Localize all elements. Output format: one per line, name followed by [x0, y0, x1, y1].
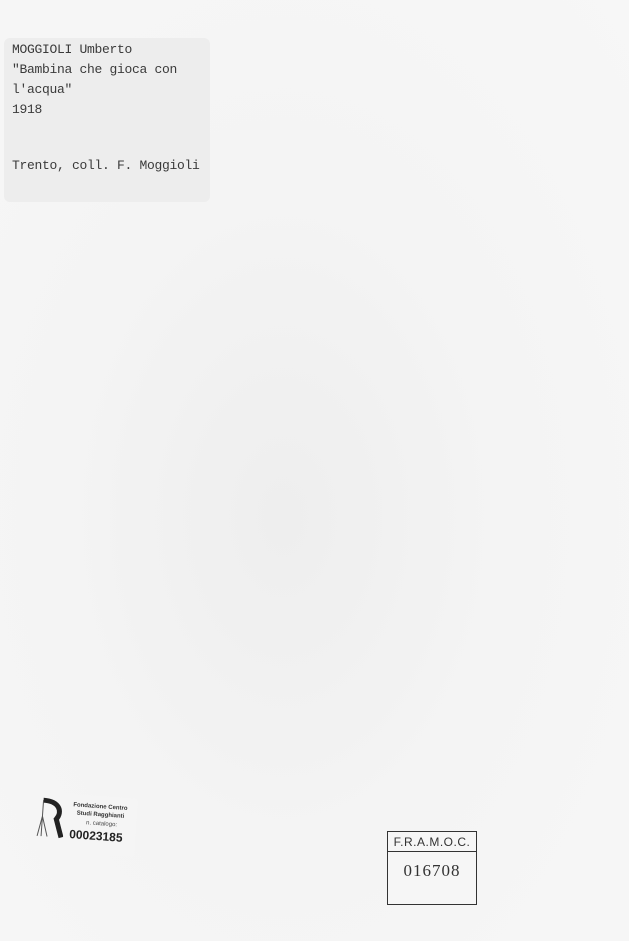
artwork-year: 1918: [12, 102, 42, 117]
catalog-number: 00023185: [69, 827, 123, 845]
artwork-title-line1: "Bambina che gioca con: [12, 62, 177, 77]
foundation-logo-icon: [35, 796, 66, 842]
artwork-location: Trento, coll. F. Moggioli: [12, 158, 200, 173]
framoc-header: F.R.A.M.O.C.: [388, 832, 476, 852]
framoc-stamp: F.R.A.M.O.C. 016708: [387, 831, 477, 905]
stamp-line2: Studi Ragghianti: [77, 811, 125, 820]
artist-name: MOGGIOLI Umberto: [12, 42, 132, 57]
typed-label-card: MOGGIOLI Umberto "Bambina che gioca con …: [4, 38, 210, 202]
catalog-stamp: Fondazione Centro Studi Ragghianti n. ca…: [28, 791, 138, 856]
framoc-code: 016708: [388, 861, 476, 881]
stamp-line3: n. catalogo:: [86, 820, 117, 828]
artwork-title-line2: l'acqua": [12, 82, 72, 97]
